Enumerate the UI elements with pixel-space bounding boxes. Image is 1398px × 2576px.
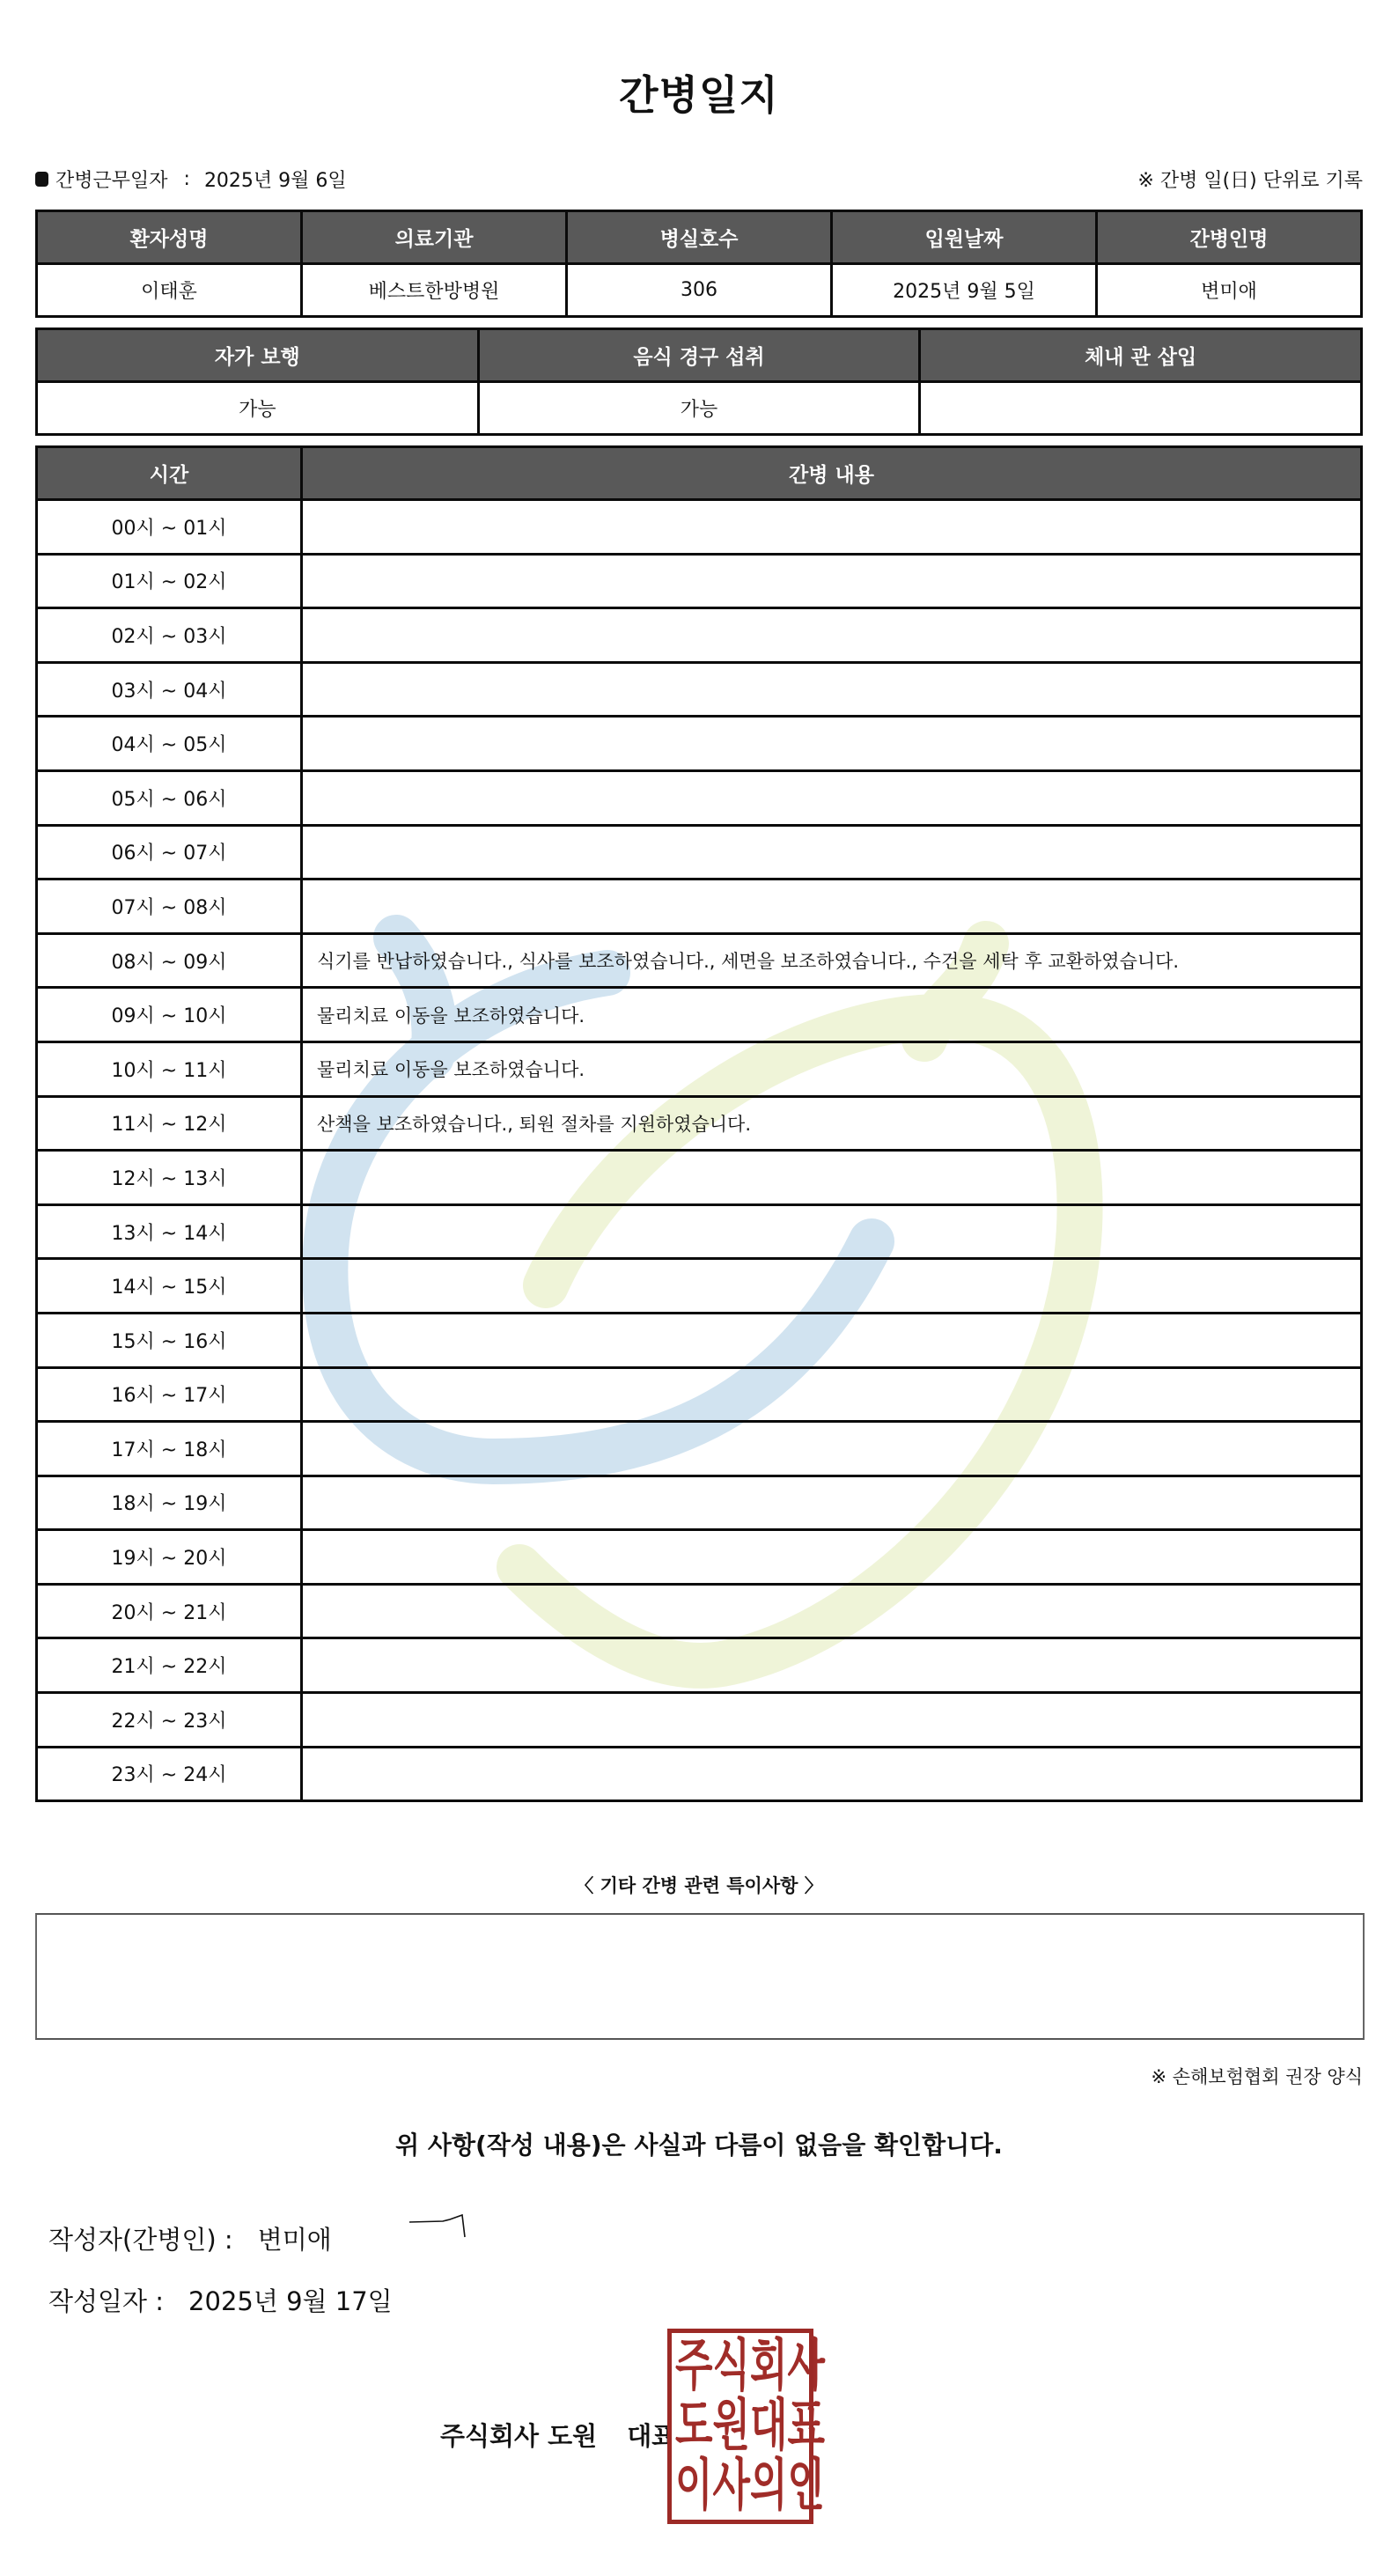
- care-log-time: 02시 ~ 03시: [37, 608, 302, 663]
- care-log-content: 산책을 보조하였습니다., 퇴원 절차를 지원하였습니다.: [302, 1096, 1362, 1151]
- admission-date-value: 2025년 9월 5일: [832, 264, 1097, 317]
- patient-info-value-row: 이태훈 베스트한방병원 306 2025년 9월 5일 변미애: [37, 264, 1362, 317]
- care-log-row: 07시 ~ 08시: [37, 880, 1362, 934]
- care-log-content: [302, 1747, 1362, 1801]
- care-log-content: [302, 1259, 1362, 1314]
- care-log-content: [302, 1313, 1362, 1367]
- care-log-row: 04시 ~ 05시: [37, 717, 1362, 771]
- care-log-time: 15시 ~ 16시: [37, 1313, 302, 1367]
- care-log-content: 물리치료 이동을 보조하였습니다.: [302, 988, 1362, 1042]
- signature-mark: [408, 2212, 504, 2243]
- care-log-content: [302, 1638, 1362, 1693]
- record-unit-note: ※ 간병 일(日) 단위로 기록: [1137, 166, 1363, 193]
- care-log-content: [302, 1204, 1362, 1259]
- company-name: 주식회사 도원: [440, 2421, 597, 2451]
- care-log-row: 01시 ~ 02시: [37, 554, 1362, 608]
- care-log-row: 02시 ~ 03시: [37, 608, 1362, 663]
- header-care-content: 간병 내용: [302, 447, 1362, 500]
- care-log-row: 14시 ~ 15시: [37, 1259, 1362, 1314]
- header-self-walking: 자가 보행: [37, 329, 479, 382]
- care-log-row: 00시 ~ 01시: [37, 500, 1362, 555]
- care-log-content: [302, 717, 1362, 771]
- care-log-content: [302, 1530, 1362, 1585]
- care-log-row: 23시 ~ 24시: [37, 1747, 1362, 1801]
- care-log-time: 18시 ~ 19시: [37, 1476, 302, 1530]
- seal-character: 인: [788, 2443, 826, 2530]
- care-log-content: [302, 662, 1362, 717]
- written-date-value: 2025년 9월 17일: [188, 2286, 393, 2316]
- care-log-row: 03시 ~ 04시: [37, 662, 1362, 717]
- writer-line: 작성자(간병인) :변미애: [48, 2220, 332, 2256]
- header-time: 시간: [37, 447, 302, 500]
- seal-characters: 주식회사도원대표이사의인: [675, 2337, 806, 2516]
- header-patient-name: 환자성명: [37, 211, 302, 264]
- special-notes-box: [35, 1913, 1365, 2040]
- bullet-icon: [35, 172, 48, 187]
- patient-status-header-row: 자가 보행 음식 경구 섭취 체내 관 삽입: [37, 329, 1362, 382]
- care-log-content: [302, 1422, 1362, 1476]
- care-log-row: 22시 ~ 23시: [37, 1693, 1362, 1748]
- care-log-time: 03시 ~ 04시: [37, 662, 302, 717]
- care-log-content: [302, 1367, 1362, 1422]
- care-log-time: 00시 ~ 01시: [37, 500, 302, 555]
- care-log-content: [302, 554, 1362, 608]
- patient-name-value: 이태훈: [37, 264, 302, 317]
- care-log-row: 05시 ~ 06시: [37, 770, 1362, 825]
- header-oral-intake: 음식 경구 섭취: [478, 329, 920, 382]
- header-tube-insertion: 체내 관 삽입: [920, 329, 1362, 382]
- self-walking-value: 가능: [37, 382, 479, 435]
- care-log-time: 06시 ~ 07시: [37, 825, 302, 880]
- care-log-row: 13시 ~ 14시: [37, 1204, 1362, 1259]
- care-log-content: [302, 1476, 1362, 1530]
- care-log-time: 23시 ~ 24시: [37, 1747, 302, 1801]
- caregiver-name-value: 변미애: [1097, 264, 1362, 317]
- care-log-time: 11시 ~ 12시: [37, 1096, 302, 1151]
- care-log-time: 21시 ~ 22시: [37, 1638, 302, 1693]
- care-log-row: 19시 ~ 20시: [37, 1530, 1362, 1585]
- care-log-row: 09시 ~ 10시물리치료 이동을 보조하였습니다.: [37, 988, 1362, 1042]
- care-log-content: [302, 1151, 1362, 1205]
- patient-status-value-row: 가능 가능: [37, 382, 1362, 435]
- care-log-row: 06시 ~ 07시: [37, 825, 1362, 880]
- care-log-row: 21시 ~ 22시: [37, 1638, 1362, 1693]
- seal-character: 사: [713, 2443, 751, 2530]
- care-log-time: 08시 ~ 09시: [37, 933, 302, 988]
- written-date-label: 작성일자 :: [48, 2286, 164, 2316]
- care-log-content: [302, 1693, 1362, 1748]
- care-log-time: 10시 ~ 11시: [37, 1041, 302, 1096]
- patient-info-table: 환자성명 의료기관 병실호수 입원날짜 간병인명 이태훈 베스트한방병원 306…: [35, 210, 1363, 318]
- care-log-content: [302, 500, 1362, 555]
- care-log-time: 01시 ~ 02시: [37, 554, 302, 608]
- tube-insertion-value: [920, 382, 1362, 435]
- medical-institution-value: 베스트한방병원: [302, 264, 567, 317]
- form-source-note: ※ 손해보험협회 권장 양식: [1152, 2063, 1363, 2089]
- page-title: 간병일지: [0, 63, 1398, 121]
- header-admission-date: 입원날짜: [832, 211, 1097, 264]
- special-notes-label: 〈 기타 간병 관련 특이사항 〉: [0, 1872, 1398, 1898]
- work-date-line: 간병근무일자 : 2025년 9월 6일: [35, 166, 347, 193]
- writer-name: 변미애: [258, 2225, 332, 2255]
- care-log-content: [302, 608, 1362, 663]
- confirmation-statement: 위 사항(작성 내용)은 사실과 다름이 없음을 확인합니다.: [0, 2126, 1398, 2161]
- care-log-row: 18시 ~ 19시: [37, 1476, 1362, 1530]
- written-date-line: 작성일자 :2025년 9월 17일: [48, 2282, 393, 2318]
- seal-character: 의: [750, 2443, 788, 2530]
- company-seal-stamp: 주식회사도원대표이사의인: [667, 2329, 813, 2524]
- care-log-content: [302, 880, 1362, 934]
- work-date-separator: :: [184, 168, 190, 190]
- care-log-row: 08시 ~ 09시식기를 반납하였습니다., 식사를 보조하였습니다., 세면을…: [37, 933, 1362, 988]
- care-log-row: 15시 ~ 16시: [37, 1313, 1362, 1367]
- room-number-value: 306: [567, 264, 832, 317]
- care-log-row: 11시 ~ 12시산책을 보조하였습니다., 퇴원 절차를 지원하였습니다.: [37, 1096, 1362, 1151]
- care-log-time: 09시 ~ 10시: [37, 988, 302, 1042]
- care-log-time: 14시 ~ 15시: [37, 1259, 302, 1314]
- care-log-time: 16시 ~ 17시: [37, 1367, 302, 1422]
- care-log-row: 10시 ~ 11시물리치료 이동을 보조하였습니다.: [37, 1041, 1362, 1096]
- care-log-row: 16시 ~ 17시: [37, 1367, 1362, 1422]
- work-date-value: 2025년 9월 6일: [204, 166, 347, 193]
- care-log-time: 13시 ~ 14시: [37, 1204, 302, 1259]
- care-log-time: 22시 ~ 23시: [37, 1693, 302, 1748]
- care-log-content: [302, 825, 1362, 880]
- care-log-table: 시간 간병 내용 00시 ~ 01시01시 ~ 02시02시 ~ 03시03시 …: [35, 445, 1363, 1802]
- care-log-row: 17시 ~ 18시: [37, 1422, 1362, 1476]
- care-log-time: 07시 ~ 08시: [37, 880, 302, 934]
- patient-status-table: 자가 보행 음식 경구 섭취 체내 관 삽입 가능 가능: [35, 328, 1363, 436]
- care-log-content: [302, 770, 1362, 825]
- care-log-time: 05시 ~ 06시: [37, 770, 302, 825]
- seal-character: 이: [675, 2443, 713, 2530]
- care-log-time: 04시 ~ 05시: [37, 717, 302, 771]
- care-log-row: 12시 ~ 13시: [37, 1151, 1362, 1205]
- care-log-content: 식기를 반납하였습니다., 식사를 보조하였습니다., 세면을 보조하였습니다.…: [302, 933, 1362, 988]
- care-log-time: 19시 ~ 20시: [37, 1530, 302, 1585]
- care-log-row: 20시 ~ 21시: [37, 1584, 1362, 1638]
- care-log-content: [302, 1584, 1362, 1638]
- writer-label: 작성자(간병인) :: [48, 2225, 233, 2255]
- header-room-number: 병실호수: [567, 211, 832, 264]
- care-log-content: 물리치료 이동을 보조하였습니다.: [302, 1041, 1362, 1096]
- patient-info-header-row: 환자성명 의료기관 병실호수 입원날짜 간병인명: [37, 211, 1362, 264]
- care-log-time: 12시 ~ 13시: [37, 1151, 302, 1205]
- care-log-time: 20시 ~ 21시: [37, 1584, 302, 1638]
- header-caregiver-name: 간병인명: [1097, 211, 1362, 264]
- oral-intake-value: 가능: [478, 382, 920, 435]
- care-log-header-row: 시간 간병 내용: [37, 447, 1362, 500]
- header-medical-institution: 의료기관: [302, 211, 567, 264]
- care-log-time: 17시 ~ 18시: [37, 1422, 302, 1476]
- work-date-label: 간병근무일자: [55, 166, 168, 193]
